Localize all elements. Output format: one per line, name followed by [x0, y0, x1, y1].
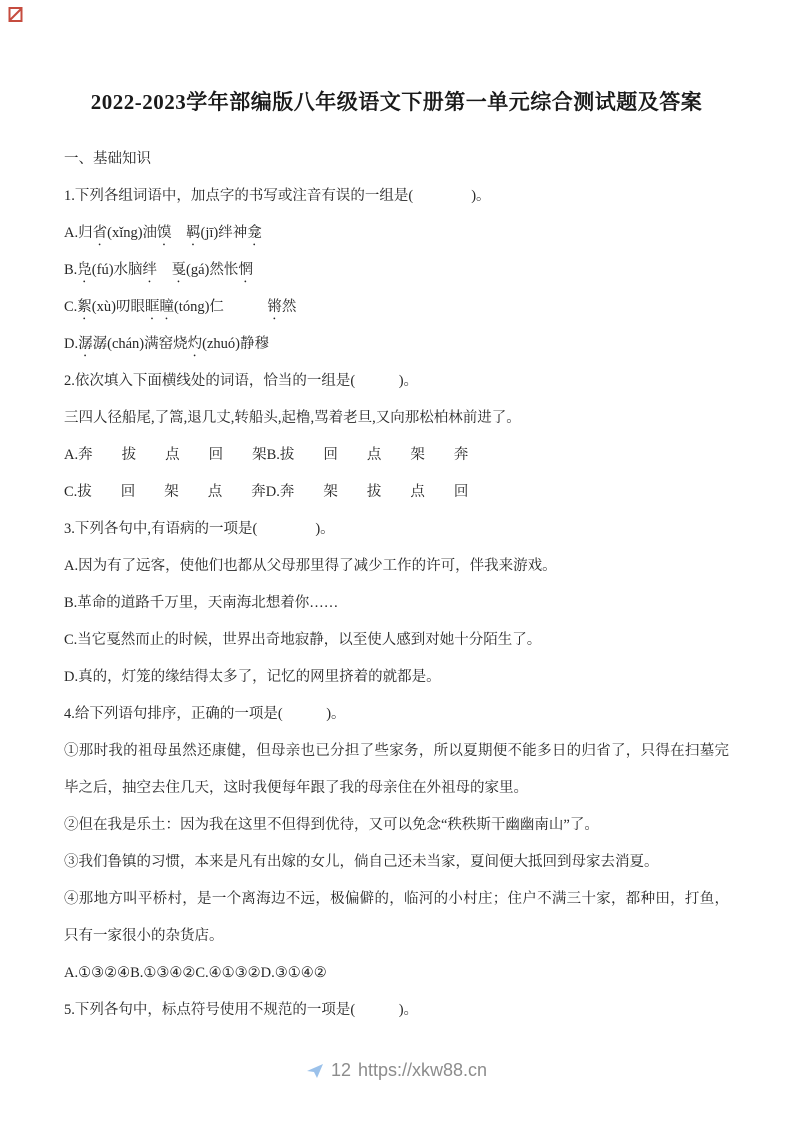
text-segment: (xǐng)油 — [107, 225, 157, 241]
q4-stem: 4.给下列语句排序，正确的一项是( )。 — [64, 696, 729, 733]
text-segment: 然 — [282, 299, 297, 315]
q4-sentence-3: ③我们鲁镇的习惯，本来是凡有出嫁的女儿，倘自己还未当家，夏间便大抵回到母家去消夏… — [64, 844, 729, 881]
emphasized-character: 绊 — [143, 262, 158, 278]
q2-options-row-cd: C.拔 回 架 点 奔D.奔 架 拔 点 回 — [64, 474, 729, 511]
text-segment: D. — [64, 336, 78, 352]
q4-options-row: A.①③②④B.①③④②C.④①③②D.③①④② — [64, 955, 729, 992]
text-segment: (gá)然怅 — [186, 262, 238, 278]
q1-option-b: B.凫(fú)水脑绊 戛(gá)然怅惘 — [64, 252, 729, 289]
text-segment — [172, 225, 187, 241]
emphasized-character: 瞳 — [159, 299, 174, 315]
q1-option-d: D.潺潺(chán)满窑烧灼(zhuó)静穆 — [64, 326, 729, 363]
text-segment: B. — [64, 262, 77, 278]
text-segment — [157, 262, 172, 278]
text-segment: A.归 — [64, 225, 93, 241]
q1-option-c: C.絮(xù)叨眼眶瞳(tóng)仁 锵然 — [64, 289, 729, 326]
section-heading: 一、基础知识 — [64, 141, 729, 178]
text-segment — [224, 299, 268, 315]
text-segment: (zhuó)静穆 — [202, 336, 269, 352]
q4-sentence-2: ②但在我是乐土：因为我在这里不但得到优待，又可以免念“秩秩斯干幽幽南山”了。 — [64, 807, 729, 844]
q3-stem: 3.下列各句中,有语病的一项是( )。 — [64, 511, 729, 548]
emphasized-character: 凫 — [77, 262, 92, 278]
emphasized-character: 龛 — [247, 225, 262, 241]
q5-stem: 5.下列各句中，标点符号使用不规范的一项是( )。 — [64, 992, 729, 1029]
document-body: 一、基础知识 1.下列各组词语中，加点字的书写或注音有误的一组是( )。 A.归… — [0, 141, 793, 1029]
q2-passage: 三四人径船尾,了篙,退几丈,转船头,起橹,骂着老旦,又向那松柏林前进了。 — [64, 400, 729, 437]
text-segment: (jī)绊神 — [201, 225, 248, 241]
q3-option-c: C.当它戛然而止的时候，世界出奇地寂静，以至使人感到对她十分陌生了。 — [64, 622, 729, 659]
q3-option-b: B.革命的道路千万里，天南海北想着你…… — [64, 585, 729, 622]
emphasized-character: 潺 — [78, 336, 93, 352]
q4-sentence-1: ①那时我的祖母虽然还康健，但母亲也已分担了些家务，所以夏期便不能多日的归省了，只… — [64, 733, 729, 807]
q2-stem: 2.依次填入下面横线处的词语，恰当的一组是( )。 — [64, 363, 729, 400]
q1-stem: 1.下列各组词语中，加点字的书写或注音有误的一组是( )。 — [64, 178, 729, 215]
emphasized-character: 锵 — [267, 299, 282, 315]
emphasized-character: 灼 — [188, 336, 203, 352]
page-footer: 12 https://xkw88.cn — [0, 1060, 793, 1081]
page-number: 12 — [331, 1060, 351, 1081]
text-segment: (fú)水脑 — [92, 262, 143, 278]
corner-mark-icon — [8, 6, 23, 23]
q3-option-d: D.真的，灯笼的缘结得太多了，记忆的网里挤着的就都是。 — [64, 659, 729, 696]
emphasized-character: 絮 — [77, 299, 92, 315]
text-segment: (tóng)仁 — [174, 299, 224, 315]
page-title: 2022-2023学年部编版八年级语文下册第一单元综合测试题及答案 — [0, 88, 793, 116]
text-segment: 潺(chán)满窑烧 — [93, 336, 188, 352]
emphasized-character: 馍 — [157, 225, 172, 241]
text-segment: (xù)叨眼 — [92, 299, 145, 315]
q4-sentence-4: ④那地方叫平桥村，是一个离海边不远，极偏僻的，临河的小村庄；住户不满三十家，都种… — [64, 881, 729, 955]
document-page: 2022-2023学年部编版八年级语文下册第一单元综合测试题及答案 一、基础知识… — [0, 0, 793, 1122]
emphasized-character: 羁 — [186, 225, 201, 241]
site-logo-icon — [306, 1062, 324, 1080]
q3-option-a: A.因为有了远客，使他们也都从父母那里得了减少工作的许可，伴我来游戏。 — [64, 548, 729, 585]
site-url: https://xkw88.cn — [358, 1060, 487, 1081]
emphasized-character: 惘 — [238, 262, 253, 278]
q2-options-row-ab: A.奔 拔 点 回 架B.拔 回 点 架 奔 — [64, 437, 729, 474]
q1-option-a: A.归省(xǐng)油馍 羁(jī)绊神龛 — [64, 215, 729, 252]
emphasized-character: 戛 — [172, 262, 187, 278]
text-segment: C. — [64, 299, 77, 315]
emphasized-character: 眶 — [145, 299, 160, 315]
emphasized-character: 省 — [93, 225, 108, 241]
